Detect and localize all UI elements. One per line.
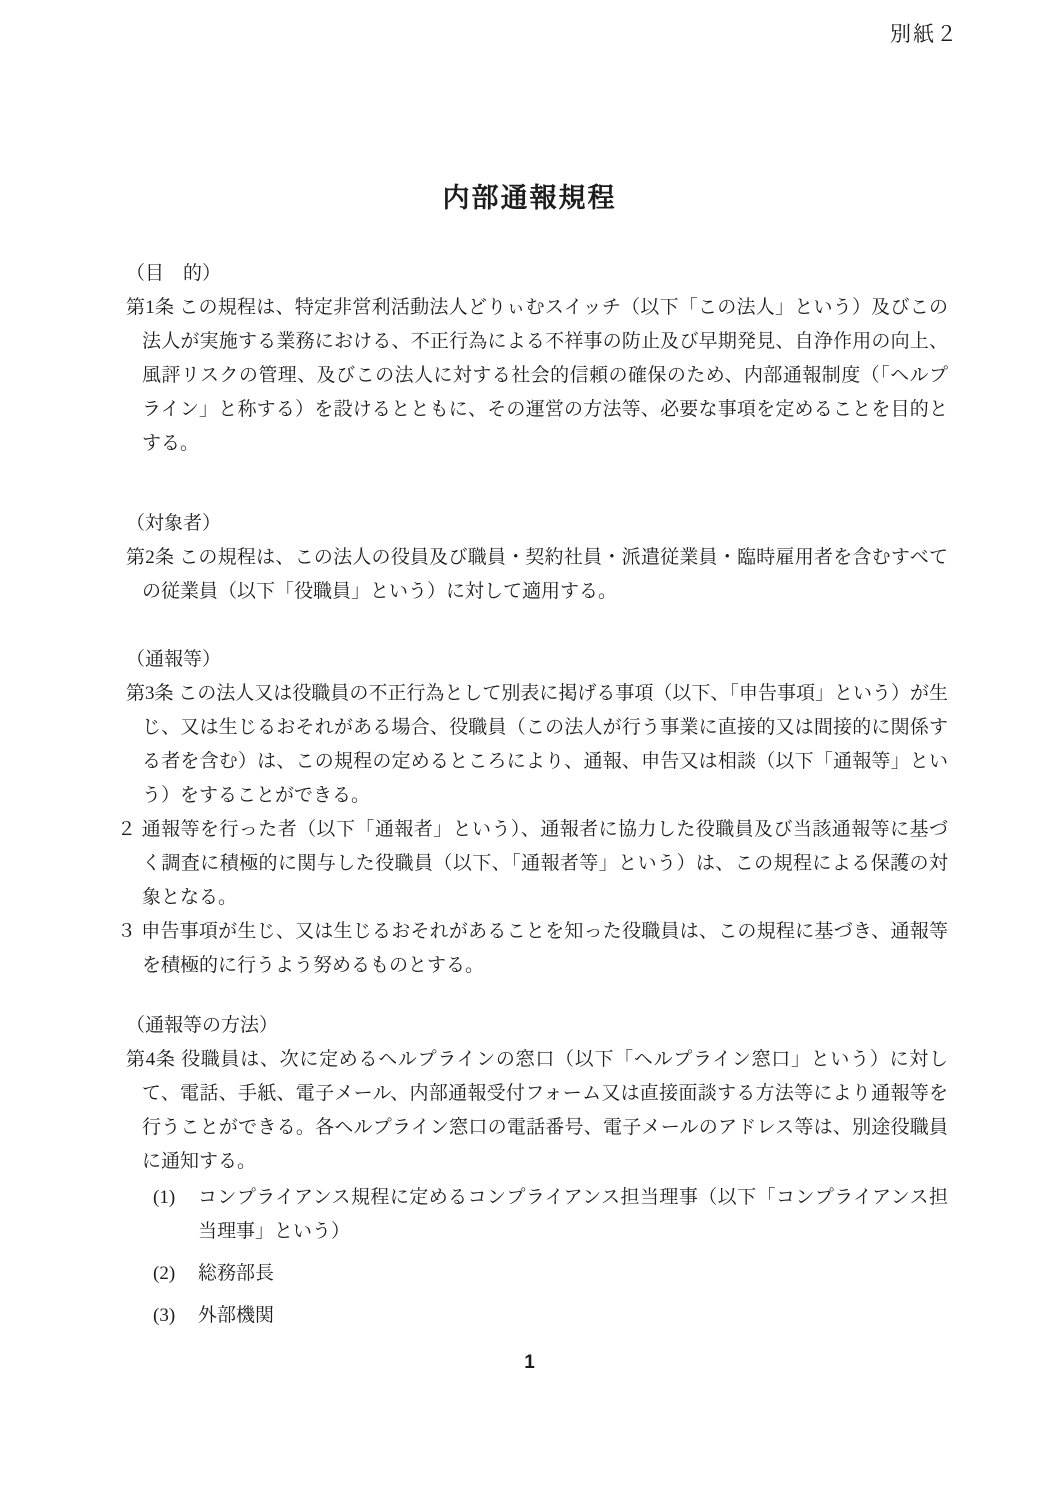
list-item: (3) 外部機関: [153, 1299, 948, 1333]
section-heading-reporting-method: （通報等の方法）: [126, 1009, 948, 1043]
list-item: (1) コンプライアンス規程に定めるコンプライアンス担当理事（以下「コンプライア…: [153, 1181, 948, 1249]
document-body: （目 的） 第1条 この規程は、特定非営利活動法人どりぃむスイッチ（以下「この法…: [126, 257, 948, 1333]
list-item-number: (1): [153, 1181, 198, 1249]
article-3-paragraph-1: 第3条 この法人又は役職員の不正行為として別表に掲げる事項（以下、「申告事項」と…: [126, 677, 948, 813]
section-heading-reporting: （通報等）: [126, 643, 948, 677]
list-item-text: コンプライアンス規程に定めるコンプライアンス担当理事（以下「コンプライアンス担当…: [198, 1181, 948, 1249]
section-heading-purpose: （目 的）: [126, 257, 948, 291]
list-item-number: (2): [153, 1257, 198, 1291]
list-item: (2) 総務部長: [153, 1257, 948, 1291]
article-3-paragraph-3: ３ 申告事項が生じ、又は生じるおそれがあることを知った役職員は、この規程に基づき…: [117, 915, 948, 983]
article-2-paragraph: 第2条 この規程は、この法人の役員及び職員・契約社員・派遣従業員・臨時雇用者を含…: [126, 541, 948, 609]
article-3-paragraph-2: ２ 通報等を行った者（以下「通報者」という）、通報者に協力した役職員及び当該通報…: [117, 813, 948, 915]
list-item-text: 総務部長: [198, 1257, 948, 1291]
section-heading-scope: （対象者）: [126, 507, 948, 541]
document-page: 別紙２ 内部通報規程 （目 的） 第1条 この規程は、特定非営利活動法人どりぃむ…: [0, 0, 1059, 1497]
list-item-number: (3): [153, 1299, 198, 1333]
article-4-paragraph: 第4条 役職員は、次に定めるヘルプラインの窓口（以下「ヘルプライン窓口」という）…: [126, 1043, 948, 1179]
list-item-text: 外部機関: [198, 1299, 948, 1333]
article-1-paragraph: 第1条 この規程は、特定非営利活動法人どりぃむスイッチ（以下「この法人」という）…: [126, 291, 948, 461]
page-number: 1: [0, 1352, 1059, 1374]
attachment-label: 別紙２: [890, 18, 959, 48]
